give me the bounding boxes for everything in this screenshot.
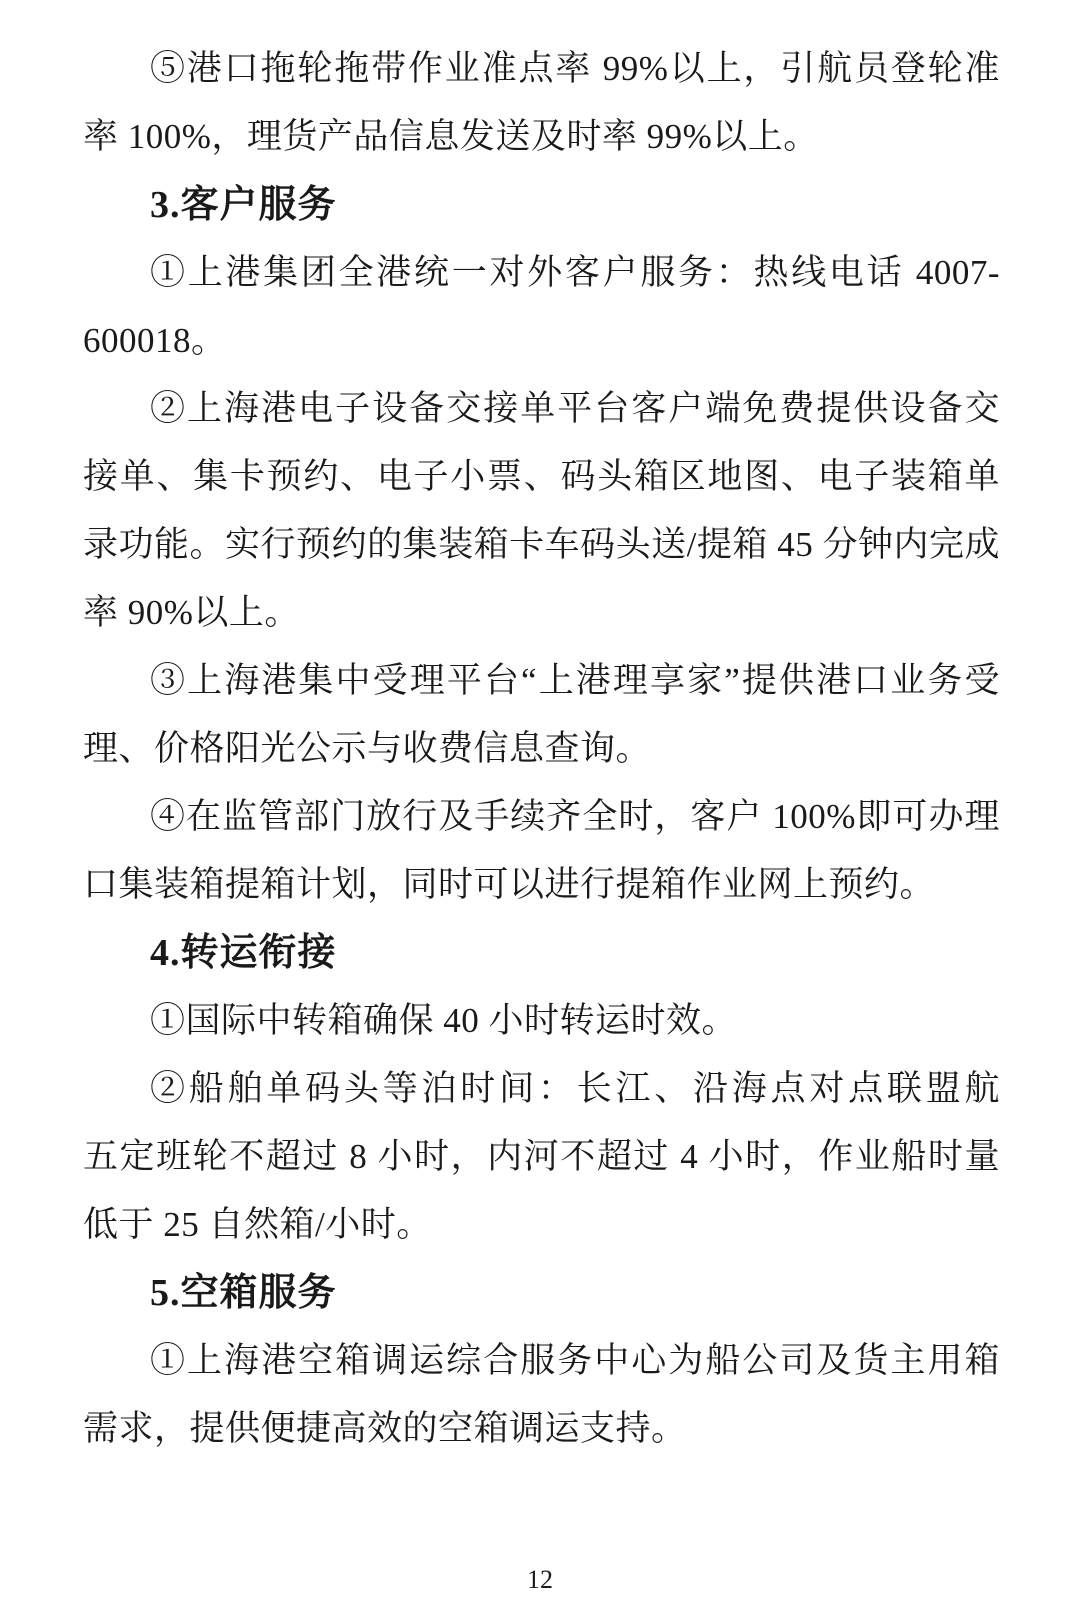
text-line: 低于 25 自然箱/小时。: [83, 1191, 1000, 1259]
page-number: 12: [527, 1565, 553, 1594]
document-page: ⑤港口拖轮拖带作业准点率 99%以上，引航员登轮准点率 100%，理货产品信息发…: [0, 0, 1080, 1597]
text-line: 理、价格阳光公示与收费信息查询。: [83, 715, 1000, 783]
text-line: ②上海港电子设备交接单平台客户端免费提供设备交: [83, 375, 1000, 443]
text-line: ⑤港口拖轮拖带作业准点率 99%以上，引航员登轮准点: [83, 35, 1000, 103]
text-line: ③上海港集中受理平台“上港理享家”提供港口业务受: [83, 647, 1000, 715]
text-line: 接单、集卡预约、电子小票、码头箱区地图、电子装箱单预: [83, 443, 1000, 511]
text-line: 口集装箱提箱计划，同时可以进行提箱作业网上预约。: [83, 851, 1000, 919]
text-line: 率 90%以上。: [83, 579, 1000, 647]
text-line: 600018。: [83, 307, 1000, 375]
text-line: 录功能。实行预约的集装箱卡车码头送/提箱 45 分钟内完成: [83, 511, 1000, 579]
text-line: ①上海港空箱调运综合服务中心为船公司及货主用箱: [83, 1327, 1000, 1395]
section-heading: 5.空箱服务: [83, 1259, 1000, 1327]
text-line: ①国际中转箱确保 40 小时转运时效。: [83, 987, 1000, 1055]
text-line: 五定班轮不超过 8 小时，内河不超过 4 小时，作业船时量不: [83, 1123, 1000, 1191]
text-line: 率 100%，理货产品信息发送及时率 99%以上。: [83, 103, 1000, 171]
text-line: 需求，提供便捷高效的空箱调运支持。: [83, 1395, 1000, 1463]
text-line: ④在监管部门放行及手续齐全时，客户 100%即可办理进: [83, 783, 1000, 851]
document-body: ⑤港口拖轮拖带作业准点率 99%以上，引航员登轮准点率 100%，理货产品信息发…: [83, 35, 1000, 1463]
text-line: ②船舶单码头等泊时间：长江、沿海点对点联盟航线、: [83, 1055, 1000, 1123]
text-line: ①上港集团全港统一对外客户服务：热线电话 4007-: [83, 239, 1000, 307]
section-heading: 3.客户服务: [83, 171, 1000, 239]
page-footer: 12: [0, 1565, 1080, 1595]
section-heading: 4.转运衔接: [83, 919, 1000, 987]
